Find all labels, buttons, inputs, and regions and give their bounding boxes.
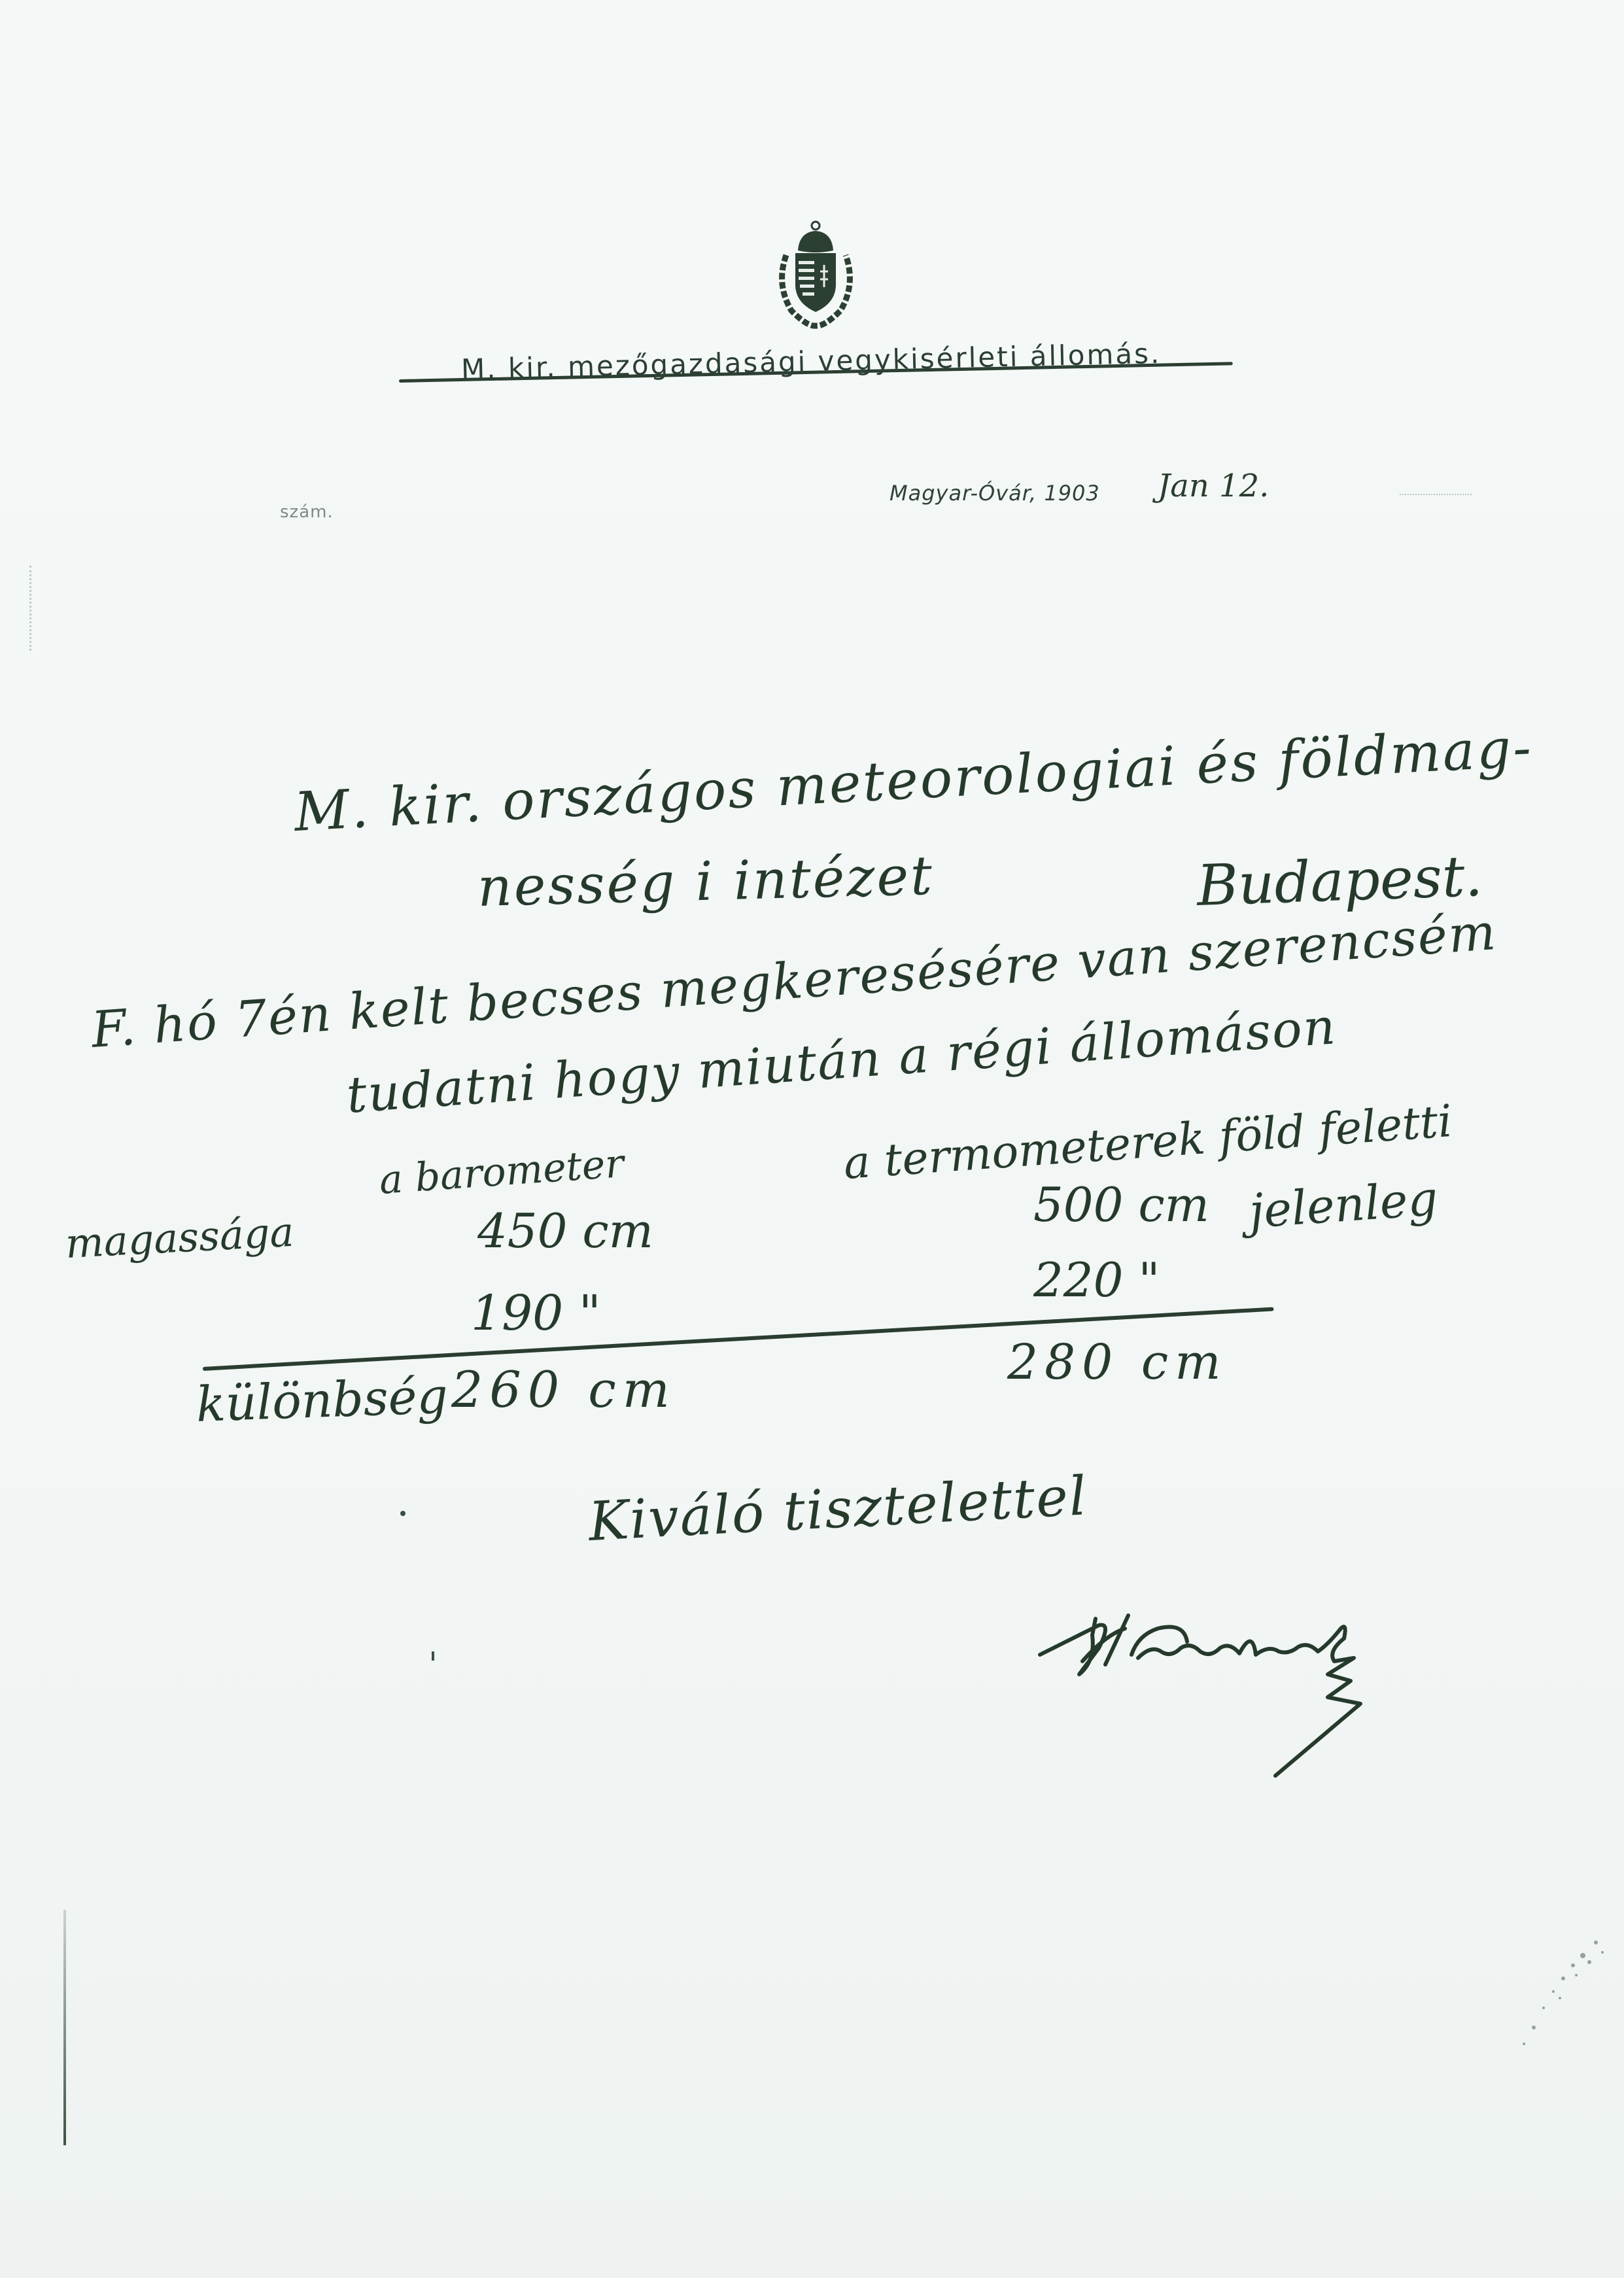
thermometer-value-old: 220 " [1033, 1252, 1160, 1307]
barometer-value-current: 450 cm [477, 1203, 653, 1258]
handwritten-date: Jan 12. [1158, 468, 1269, 504]
scan-speckle [1504, 1916, 1622, 2054]
thermometer-value-current: 500 cm [1033, 1177, 1209, 1232]
ink-mark [432, 1651, 434, 1661]
ink-dot [400, 1511, 406, 1516]
barometer-value-old: 190 " [471, 1285, 601, 1341]
margin-dots [29, 566, 33, 651]
signature: Dr Kosutány [1020, 1589, 1504, 1786]
place-year: Magyar-Óvár, 1903 [890, 481, 1100, 506]
addressee-line-1: M. kir. országos meteorologiai és földma… [293, 717, 1535, 844]
coat-of-arms-icon [772, 219, 860, 330]
row-suffix-currently: jelenleg [1247, 1171, 1440, 1239]
date-dotted-line [1400, 494, 1472, 495]
barometer-difference: 260 cm [451, 1360, 676, 1419]
document-page: M. kir. mezőgazdasági vegykisérleti állo… [0, 0, 1624, 2278]
closing-salutation: Kiváló tisztelettel [587, 1465, 1090, 1553]
number-label: szám. [280, 502, 334, 522]
addressee-line-2: nesség i intézet [477, 845, 935, 919]
column-header-barometer: a barometer [378, 1141, 626, 1203]
margin-edge-line [63, 1910, 66, 2145]
row-label-height: magassága [64, 1208, 295, 1268]
thermometer-difference: 280 cm [1007, 1334, 1227, 1390]
difference-label: különbség [195, 1368, 449, 1433]
